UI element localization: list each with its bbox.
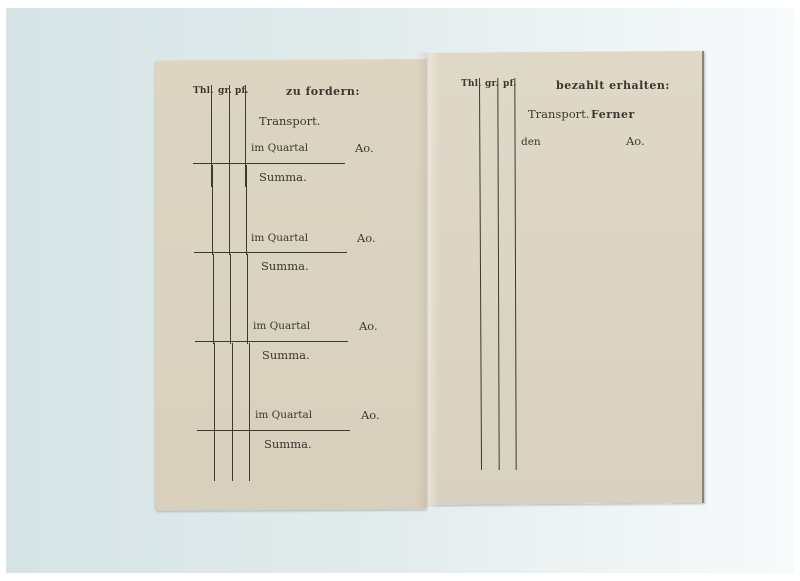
sum-rule (195, 341, 348, 342)
quarter-label: im Quartal (253, 320, 310, 332)
transport-label: Transport. (259, 114, 320, 128)
column-rule (230, 254, 231, 344)
sum-rule (194, 252, 347, 253)
sum-label: Summa. (259, 170, 307, 184)
quarter-label: im Quartal (251, 142, 308, 154)
further-label: Ferner (591, 108, 635, 121)
column-rule (232, 343, 233, 481)
sum-label: Summa. (262, 348, 310, 362)
transport-label: Transport. (528, 107, 589, 121)
column-rule (212, 165, 213, 255)
column-rule (213, 254, 214, 344)
column-rule (214, 343, 215, 481)
year-label: Ao. (359, 319, 378, 333)
year-label: Ao. (626, 134, 645, 148)
year-label: Ao. (355, 141, 374, 155)
column-rule (249, 343, 250, 481)
column-rule (229, 165, 230, 255)
quarter-label: im Quartal (255, 409, 312, 421)
sum-label: Summa. (264, 437, 312, 451)
year-label: Ao. (357, 231, 376, 245)
column-rule (246, 165, 247, 255)
sum-label: Summa. (261, 259, 309, 273)
sum-rule (197, 430, 350, 431)
date-label: den (521, 136, 541, 148)
quarter-label: im Quartal (251, 232, 308, 244)
account-booklet: Thl. gr. pf. zu fordern: Transport. im Q… (155, 52, 702, 506)
center-fold (417, 52, 439, 508)
left-page-title: zu fordern: (286, 85, 360, 98)
sum-rule (193, 163, 345, 164)
column-header-pfennig: pf. (235, 86, 249, 96)
right-page-title: bezahlt erhalten: (556, 79, 670, 92)
year-label: Ao. (361, 408, 380, 422)
column-rule (247, 254, 248, 344)
